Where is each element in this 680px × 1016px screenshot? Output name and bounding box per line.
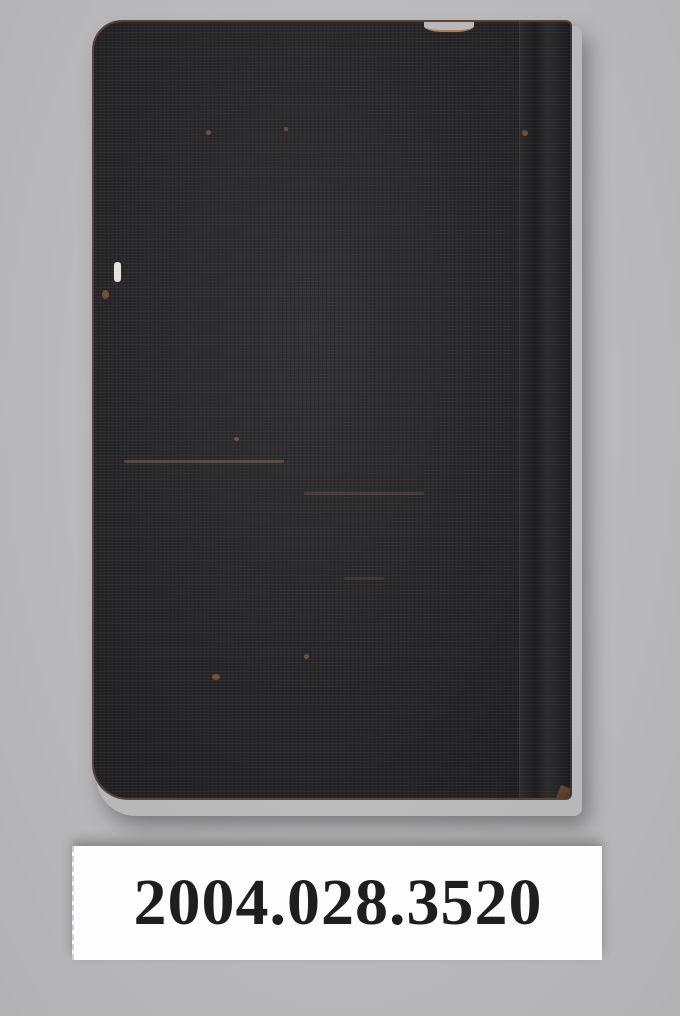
wear-spot <box>102 290 109 299</box>
wear-spot <box>284 127 288 131</box>
wear-spot <box>212 674 220 680</box>
cover-fleck <box>114 262 121 282</box>
wear-spot <box>234 437 239 441</box>
cover-scuff <box>124 460 284 463</box>
accession-number: 2004.028.3520 <box>134 870 543 936</box>
cover-scuff <box>344 577 384 580</box>
cover-scuff <box>304 492 424 495</box>
book-cover <box>92 20 572 800</box>
wear-spot <box>304 654 309 659</box>
top-edge-damage <box>424 20 474 32</box>
wear-spot <box>522 130 528 136</box>
wear-spot <box>206 130 211 135</box>
book-spine <box>519 22 570 798</box>
accession-label: 2004.028.3520 <box>72 846 602 960</box>
